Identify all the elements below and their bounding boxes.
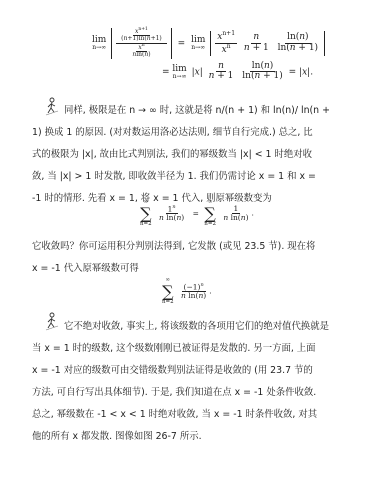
paragraph-line: 方法, 可自行写出具体细节). 于是, 我们知道在点 x = -1 处条件收敛. [32, 382, 366, 404]
paragraph-line: 他的所有 x 都发散. 图像如图 26-7 所示. [32, 426, 366, 448]
paragraph-integral-test: 它收敛吗？你可运用积分判别法得到, 它发散 (或见 23.5 节). 现在将 x… [32, 236, 366, 280]
ratio-limit-equation-line1: limn→∞ xn+1(n+1)ln(n+1) xnnln(n) = limn→… [92, 28, 325, 59]
paragraph-line: 当 x = 1 时的级数, 这个级数刚刚已被证得是发散的. 另一方面, 上面 [32, 338, 366, 360]
paragraph-line: x = -1 对应的级数可由交错级数判别法证得是收敛的 (用 23.7 节的 [32, 360, 366, 382]
paragraph-ratio-test-discussion: 同样, 极限是在 n → ∞ 时, 这就是将 n/(n + 1) 和 ln(n)… [32, 100, 366, 210]
absolute-value-ratio: xn+1(n+1)ln(n+1) xnnln(n) [111, 28, 172, 59]
paragraph-line: 同样, 极限是在 n → ∞ 时, 这就是将 n/(n + 1) 和 ln(n)… [32, 100, 366, 122]
paragraph-line: 敛, 当 |x| > 1 时发散, 即收敛半径为 1. 我们仍需讨论 x = 1… [32, 166, 366, 188]
paragraph-line: 它不绝对收敛, 事实上, 将该级数的各项用它们的绝对值代换就是 [32, 316, 366, 338]
paragraph-conditional-convergence: 它不绝对收敛, 事实上, 将该级数的各项用它们的绝对值代换就是 当 x = 1 … [32, 316, 366, 448]
paragraph-line: 总之, 幂级数在 -1 < x < 1 时绝对收敛, 当 x = -1 时条件收… [32, 404, 366, 426]
series-at-x-equals-neg1: ∞∑n=2 (−1)nn ln(n). [162, 278, 212, 305]
paragraph-line: x = -1 代入原幂级数可得 [32, 258, 366, 280]
paragraph-line: 它收敛吗？你可运用积分判别法得到, 它发散 (或见 23.5 节). 现在将 [32, 236, 366, 258]
paragraph-line: 式的极限为 |x|, 故由比式判别法, 我们的幂级数当 |x| < 1 时绝对收 [32, 144, 366, 166]
limit-operator: limn→∞ [92, 35, 106, 51]
series-at-x-equals-1: ∞∑n=2 1nn ln(n) = ∞∑n=2 1n ln(n). [140, 200, 254, 227]
paragraph-line: 1) 换成 1 的原因. (对对数运用洛必达法则, 细节自行完成.) 总之, 比 [32, 122, 366, 144]
ratio-limit-equation-line2: = limn→∞ |x| nn + 1 ln(n)ln(n + 1) = |x|… [162, 62, 313, 82]
